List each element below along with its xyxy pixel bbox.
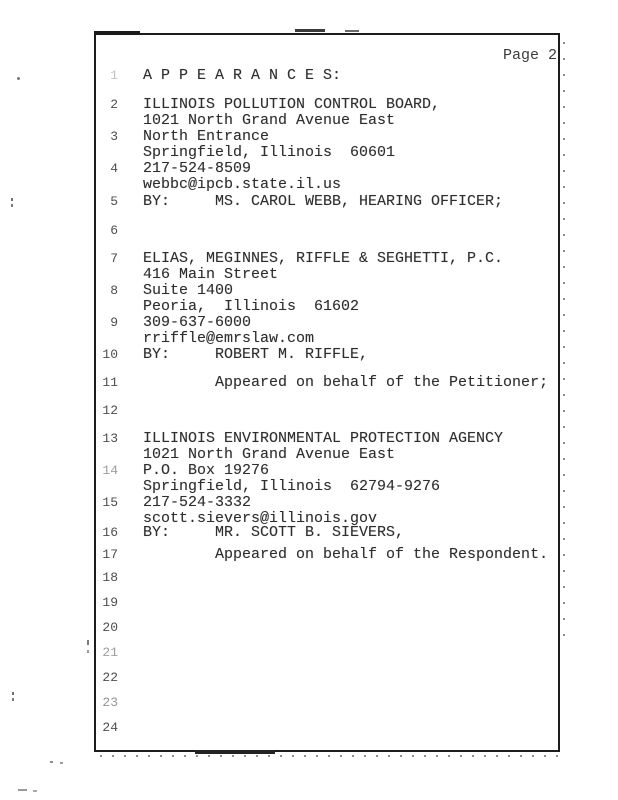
line-number: 7: [90, 251, 118, 267]
line-text: 309-637-6000: [143, 315, 251, 331]
line-number: 3: [90, 129, 118, 145]
line-text: North Entrance: [143, 129, 269, 145]
scan-artifact-margin-mark: [12, 698, 14, 701]
transcript-line: 19: [0, 595, 618, 611]
scan-artifact-left-dash: [87, 640, 89, 645]
line-number: 24: [90, 720, 118, 736]
transcript-line: 6: [0, 223, 618, 239]
scan-artifact-bottom-smudge: [195, 750, 275, 754]
scan-artifact-corner-smudge: [94, 31, 140, 35]
line-number: 18: [90, 570, 118, 586]
scan-artifact-left-dash: [87, 650, 89, 653]
transcript-line: 15217-524-3332: [0, 495, 618, 511]
transcript-line: 13ILLINOIS ENVIRONMENTAL PROTECTION AGEN…: [0, 431, 618, 447]
line-text: A P P E A R A N C E S:: [143, 68, 341, 84]
line-number: 19: [90, 595, 118, 611]
transcript-line: Springfield, Illinois 62794-9276: [0, 479, 618, 495]
transcript-line: 8Suite 1400: [0, 283, 618, 299]
line-text: ILLINOIS ENVIRONMENTAL PROTECTION AGENCY: [143, 431, 503, 447]
scan-artifact-top-dash: [295, 29, 325, 32]
transcript-line: 16BY: MR. SCOTT B. SIEVERS,: [0, 525, 618, 541]
scan-artifact-margin-mark: [11, 198, 13, 201]
line-text: P.O. Box 19276: [143, 463, 269, 479]
line-number: 6: [90, 223, 118, 239]
transcript-line: 416 Main Street: [0, 267, 618, 283]
line-number: 9: [90, 315, 118, 331]
line-number: 11: [90, 375, 118, 391]
line-number: 2: [90, 97, 118, 113]
line-text: 217-524-3332: [143, 495, 251, 511]
scan-artifact-margin-mark: [11, 204, 13, 207]
line-text: Springfield, Illinois 60601: [143, 145, 395, 161]
line-text: Suite 1400: [143, 283, 233, 299]
line-text: 1021 North Grand Avenue East: [143, 447, 395, 463]
line-text: BY: MS. CAROL WEBB, HEARING OFFICER;: [143, 194, 503, 210]
transcript-line: 1021 North Grand Avenue East: [0, 447, 618, 463]
transcript-line: 23: [0, 695, 618, 711]
transcript-line: 14P.O. Box 19276: [0, 463, 618, 479]
transcript-line: 21: [0, 645, 618, 661]
transcript-line: 22: [0, 670, 618, 686]
line-number: 1: [90, 68, 118, 84]
transcript-line: Springfield, Illinois 60601: [0, 145, 618, 161]
scan-artifact-corner-dot: [60, 762, 63, 764]
line-text: 217-524-8509: [143, 161, 251, 177]
transcript-line: 3North Entrance: [0, 129, 618, 145]
transcript-line: 1021 North Grand Avenue East: [0, 113, 618, 129]
transcript-line: 4217-524-8509: [0, 161, 618, 177]
transcript-line: Peoria, Illinois 61602: [0, 299, 618, 315]
line-text: 1021 North Grand Avenue East: [143, 113, 395, 129]
scan-artifact-margin-mark: [12, 692, 14, 695]
scanned-transcript-page: Page 2 1A P P E A R A N C E S:2ILLINOIS …: [0, 0, 618, 800]
scan-artifact-top-dash: [345, 30, 359, 32]
line-number: 16: [90, 525, 118, 541]
line-number: 14: [90, 463, 118, 479]
transcript-line: rriffle@emrslaw.com: [0, 331, 618, 347]
line-number: 15: [90, 495, 118, 511]
line-number: 10: [90, 347, 118, 363]
transcript-line: 20: [0, 620, 618, 636]
line-number: 22: [90, 670, 118, 686]
transcript-line: 11 Appeared on behalf of the Petitioner;: [0, 375, 618, 391]
line-number: 12: [90, 403, 118, 419]
line-text: ILLINOIS POLLUTION CONTROL BOARD,: [143, 97, 440, 113]
transcript-line: 10BY: ROBERT M. RIFFLE,: [0, 347, 618, 363]
line-number: 17: [90, 547, 118, 563]
transcript-line: 12: [0, 403, 618, 419]
transcript-line: webbc@ipcb.state.il.us: [0, 177, 618, 193]
line-number: 23: [90, 695, 118, 711]
transcript-line: 2ILLINOIS POLLUTION CONTROL BOARD,: [0, 97, 618, 113]
scan-artifact-bottom-dotted-line: [100, 755, 558, 757]
transcript-line: 18: [0, 570, 618, 586]
transcript-line: 17 Appeared on behalf of the Respondent.: [0, 547, 618, 563]
transcript-line: 24: [0, 720, 618, 736]
scan-artifact-corner-dash: [18, 789, 27, 791]
line-number: 20: [90, 620, 118, 636]
transcript-line: 5BY: MS. CAROL WEBB, HEARING OFFICER;: [0, 194, 618, 210]
transcript-line: 1A P P E A R A N C E S:: [0, 68, 618, 84]
page-number-label: Page 2: [503, 47, 557, 64]
line-text: Appeared on behalf of the Petitioner;: [143, 375, 548, 391]
line-number: 21: [90, 645, 118, 661]
line-number: 5: [90, 194, 118, 210]
line-text: 416 Main Street: [143, 267, 278, 283]
line-number: 4: [90, 161, 118, 177]
line-text: Peoria, Illinois 61602: [143, 299, 359, 315]
scan-artifact-corner-dash: [33, 790, 37, 792]
line-text: webbc@ipcb.state.il.us: [143, 177, 341, 193]
line-number: 13: [90, 431, 118, 447]
line-text: rriffle@emrslaw.com: [143, 331, 314, 347]
transcript-line: 9309-637-6000: [0, 315, 618, 331]
scan-artifact-right-dotted-line: [563, 42, 565, 642]
line-text: Appeared on behalf of the Respondent.: [143, 547, 548, 563]
transcript-line: 7ELIAS, MEGINNES, RIFFLE & SEGHETTI, P.C…: [0, 251, 618, 267]
line-number: 8: [90, 283, 118, 299]
line-text: ELIAS, MEGINNES, RIFFLE & SEGHETTI, P.C.: [143, 251, 503, 267]
line-text: Springfield, Illinois 62794-9276: [143, 479, 440, 495]
line-text: BY: ROBERT M. RIFFLE,: [143, 347, 368, 363]
scan-artifact-margin-dot: [17, 77, 20, 80]
transcript-text-layer: Page 2 1A P P E A R A N C E S:2ILLINOIS …: [0, 0, 618, 800]
scan-artifact-corner-dot: [50, 761, 53, 763]
line-text: BY: MR. SCOTT B. SIEVERS,: [143, 525, 404, 541]
